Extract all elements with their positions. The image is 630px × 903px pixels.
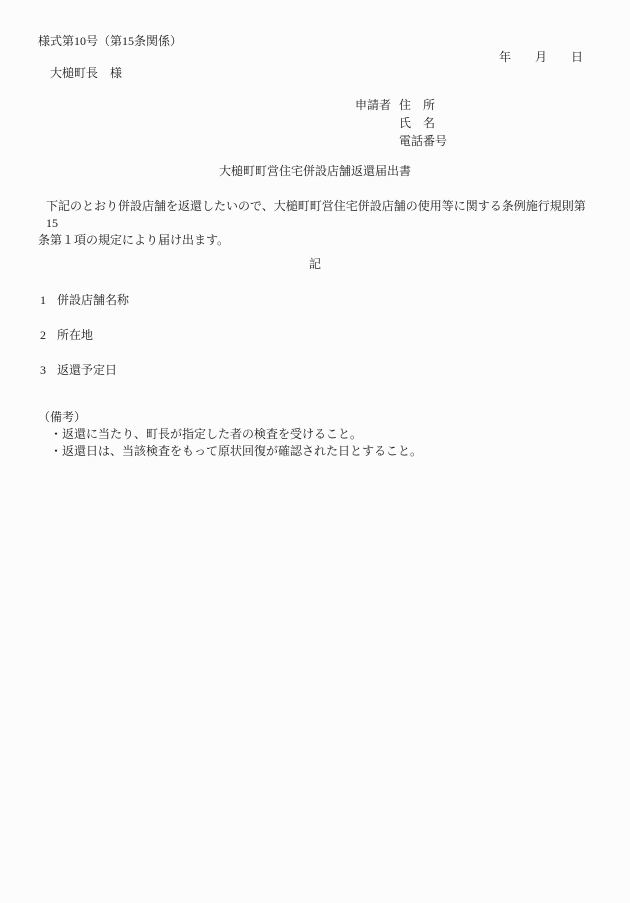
- item-label: 所在地: [57, 327, 93, 343]
- item-shop-name: 1 併設店舗名称: [40, 292, 592, 308]
- form-number: 様式第10号（第15条関係）: [38, 33, 592, 49]
- item-location: 2 所在地: [40, 327, 592, 343]
- applicant-address-label: 住 所: [399, 96, 447, 114]
- document-title: 大槌町町営住宅併設店舗返還届出書: [38, 163, 592, 179]
- item-number: 1: [40, 292, 57, 308]
- body-paragraph: 下記のとおり併設店舗を返還したいので、大槌町町営住宅併設店舗の使用等に関する条例…: [38, 198, 592, 249]
- applicant-label: 申請者: [355, 96, 391, 114]
- applicant-phone-label: 電話番号: [399, 132, 447, 150]
- item-number: 2: [40, 327, 57, 343]
- item-label: 返還予定日: [57, 362, 117, 378]
- applicant-block: 申請者 住 所 氏 名 電話番号: [355, 96, 592, 150]
- item-number: 3: [40, 362, 57, 378]
- notes-block: （備考） ・返還に当たり、町長が指定した者の検査を受けること。 ・返還日は、当該…: [38, 409, 592, 460]
- item-label: 併設店舗名称: [57, 292, 129, 308]
- item-return-date: 3 返還予定日: [40, 362, 592, 378]
- document-page: 様式第10号（第15条関係） 年 月 日 大槌町長 様 申請者 住 所 氏 名 …: [0, 0, 630, 903]
- note-bullet-return-day: ・返還日は、当該検査をもって原状回復が確認された日とすること。: [50, 443, 592, 460]
- note-bullet-inspection: ・返還に当たり、町長が指定した者の検査を受けること。: [50, 426, 592, 443]
- addressee: 大槌町長 様: [50, 65, 592, 81]
- notes-heading: （備考）: [38, 409, 592, 426]
- applicant-name-label: 氏 名: [399, 114, 447, 132]
- record-marker: 記: [38, 256, 592, 272]
- body-paragraph-line-2: 条第１項の規定により届け出ます。: [38, 232, 592, 249]
- body-paragraph-line-1: 下記のとおり併設店舗を返還したいので、大槌町町営住宅併設店舗の使用等に関する条例…: [38, 198, 592, 232]
- date-line: 年 月 日: [38, 49, 592, 65]
- items-list: 1 併設店舗名称 2 所在地 3 返還予定日: [38, 292, 592, 378]
- applicant-fields: 住 所 氏 名 電話番号: [399, 96, 447, 150]
